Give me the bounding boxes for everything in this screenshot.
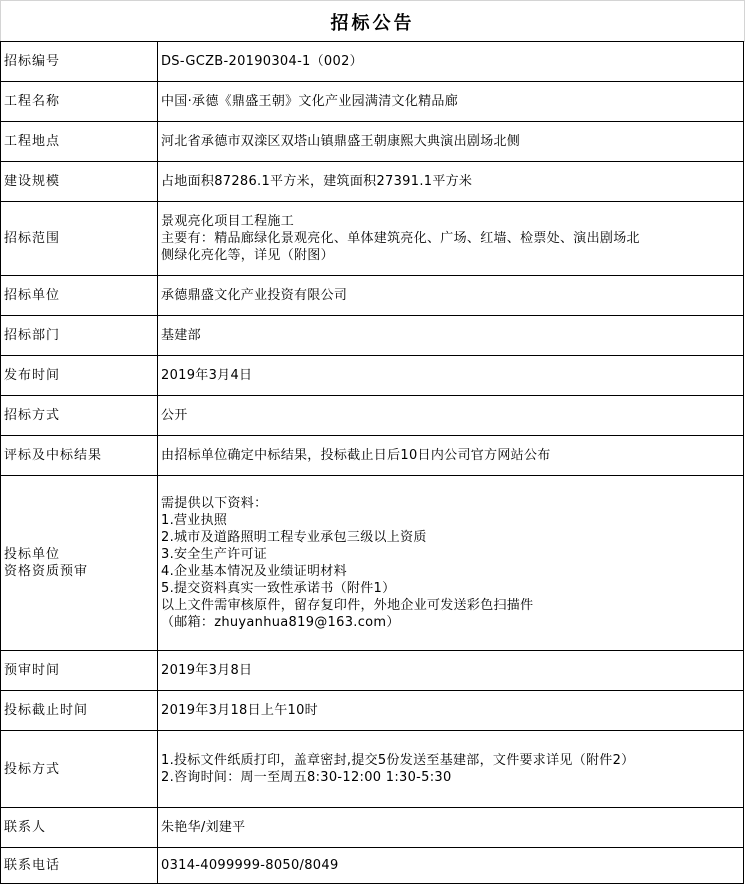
label-tendering-department: 招标部门: [1, 316, 158, 356]
row-contact-phone: 联系电话 0314-4099999-8050/8049: [1, 848, 744, 884]
label-bid-deadline: 投标截止时间: [1, 691, 158, 731]
label-prequalification: 投标单位 资格资质预审: [1, 476, 158, 651]
value-project-name: 中国·承德《鼎盛王朝》文化产业园满清文化精品廊: [158, 82, 744, 122]
label-tendering-unit: 招标单位: [1, 276, 158, 316]
prequal-line: 4.企业基本情况及业绩证明材料: [161, 563, 743, 580]
row-evaluation-result: 评标及中标结果 由招标单位确定中标结果，投标截止日后10日内公司官方网站公布: [1, 436, 744, 476]
prequal-line: 1.营业执照: [161, 512, 743, 529]
row-tender-scope: 招标范围 景观亮化项目工程施工 主要有：精品廊绿化景观亮化、单体建筑亮化、广场、…: [1, 202, 744, 276]
row-tendering-unit: 招标单位 承德鼎盛文化产业投资有限公司: [1, 276, 744, 316]
label-contact-person: 联系人: [1, 808, 158, 848]
value-evaluation-result: 由招标单位确定中标结果，投标截止日后10日内公司官方网站公布: [158, 436, 744, 476]
label-tender-method: 招标方式: [1, 396, 158, 436]
row-construction-scale: 建设规模 占地面积87286.1平方米，建筑面积27391.1平方米: [1, 162, 744, 202]
row-bid-deadline: 投标截止时间 2019年3月18日上午10时: [1, 691, 744, 731]
row-prequalification: 投标单位 资格资质预审 需提供以下资料： 1.营业执照 2.城市及道路照明工程专…: [1, 476, 744, 651]
scope-line: 主要有：精品廊绿化景观亮化、单体建筑亮化、广场、红墙、检票处、演出剧场北: [161, 230, 743, 247]
label-evaluation-result: 评标及中标结果: [1, 436, 158, 476]
bid-method-line: 1.投标文件纸质打印，盖章密封,提交5份发送至基建部，文件要求详见（附件2）: [161, 752, 743, 769]
value-contact-person: 朱艳华/刘建平: [158, 808, 744, 848]
prequal-line: 2.城市及道路照明工程专业承包三级以上资质: [161, 529, 743, 546]
label-contact-phone: 联系电话: [1, 848, 158, 884]
label-prequal-date: 预审时间: [1, 651, 158, 691]
value-prequal-date: 2019年3月8日: [158, 651, 744, 691]
value-contact-phone: 0314-4099999-8050/8049: [158, 848, 744, 884]
row-project-name: 工程名称 中国·承德《鼎盛王朝》文化产业园满清文化精品廊: [1, 82, 744, 122]
value-tendering-department: 基建部: [158, 316, 744, 356]
row-prequal-date: 预审时间 2019年3月8日: [1, 651, 744, 691]
notice-table: 招标编号 DS-GCZB-20190304-1（002） 工程名称 中国·承德《…: [0, 41, 744, 884]
prequal-email-line: （邮箱：zhuyanhua819@163.com）: [161, 614, 743, 631]
value-project-location: 河北省承德市双滦区双塔山镇鼎盛王朝康熙大典演出剧场北侧: [158, 122, 744, 162]
label-bid-method: 投标方式: [1, 731, 158, 808]
notice-title: 招标公告: [0, 0, 745, 42]
value-bid-method: 1.投标文件纸质打印，盖章密封,提交5份发送至基建部，文件要求详见（附件2） 2…: [158, 731, 744, 808]
row-project-location: 工程地点 河北省承德市双滦区双塔山镇鼎盛王朝康熙大典演出剧场北侧: [1, 122, 744, 162]
prequal-label-line: 资格资质预审: [4, 563, 157, 580]
label-project-location: 工程地点: [1, 122, 158, 162]
scope-line: 景观亮化项目工程施工: [161, 213, 743, 230]
value-tender-method: 公开: [158, 396, 744, 436]
prequal-line: 需提供以下资料：: [161, 495, 743, 512]
tender-notice-sheet: 招标公告 招标编号 DS-GCZB-20190304-1（002） 工程名称 中…: [0, 0, 745, 884]
row-bid-method: 投标方式 1.投标文件纸质打印，盖章密封,提交5份发送至基建部，文件要求详见（附…: [1, 731, 744, 808]
value-tender-number: DS-GCZB-20190304-1（002）: [158, 42, 744, 82]
prequal-line: 以上文件需审核原件，留存复印件，外地企业可发送彩色扫描件: [161, 597, 743, 614]
value-tender-scope: 景观亮化项目工程施工 主要有：精品廊绿化景观亮化、单体建筑亮化、广场、红墙、检票…: [158, 202, 744, 276]
prequal-label-line: 投标单位: [4, 546, 157, 563]
value-publish-date: 2019年3月4日: [158, 356, 744, 396]
row-tendering-department: 招标部门 基建部: [1, 316, 744, 356]
value-bid-deadline: 2019年3月18日上午10时: [158, 691, 744, 731]
value-tendering-unit: 承德鼎盛文化产业投资有限公司: [158, 276, 744, 316]
bid-method-line: 2.咨询时间：周一至周五8:30-12:00 1:30-5:30: [161, 769, 743, 786]
label-project-name: 工程名称: [1, 82, 158, 122]
label-tender-scope: 招标范围: [1, 202, 158, 276]
prequal-line: 5.提交资料真实一致性承诺书（附件1）: [161, 580, 743, 597]
label-construction-scale: 建设规模: [1, 162, 158, 202]
label-publish-date: 发布时间: [1, 356, 158, 396]
row-publish-date: 发布时间 2019年3月4日: [1, 356, 744, 396]
row-tender-method: 招标方式 公开: [1, 396, 744, 436]
label-tender-number: 招标编号: [1, 42, 158, 82]
row-tender-number: 招标编号 DS-GCZB-20190304-1（002）: [1, 42, 744, 82]
scope-line: 侧绿化亮化等，详见（附图）: [161, 247, 743, 264]
value-prequalification: 需提供以下资料： 1.营业执照 2.城市及道路照明工程专业承包三级以上资质 3.…: [158, 476, 744, 651]
value-construction-scale: 占地面积87286.1平方米，建筑面积27391.1平方米: [158, 162, 744, 202]
prequal-line: 3.安全生产许可证: [161, 546, 743, 563]
row-contact-person: 联系人 朱艳华/刘建平: [1, 808, 744, 848]
